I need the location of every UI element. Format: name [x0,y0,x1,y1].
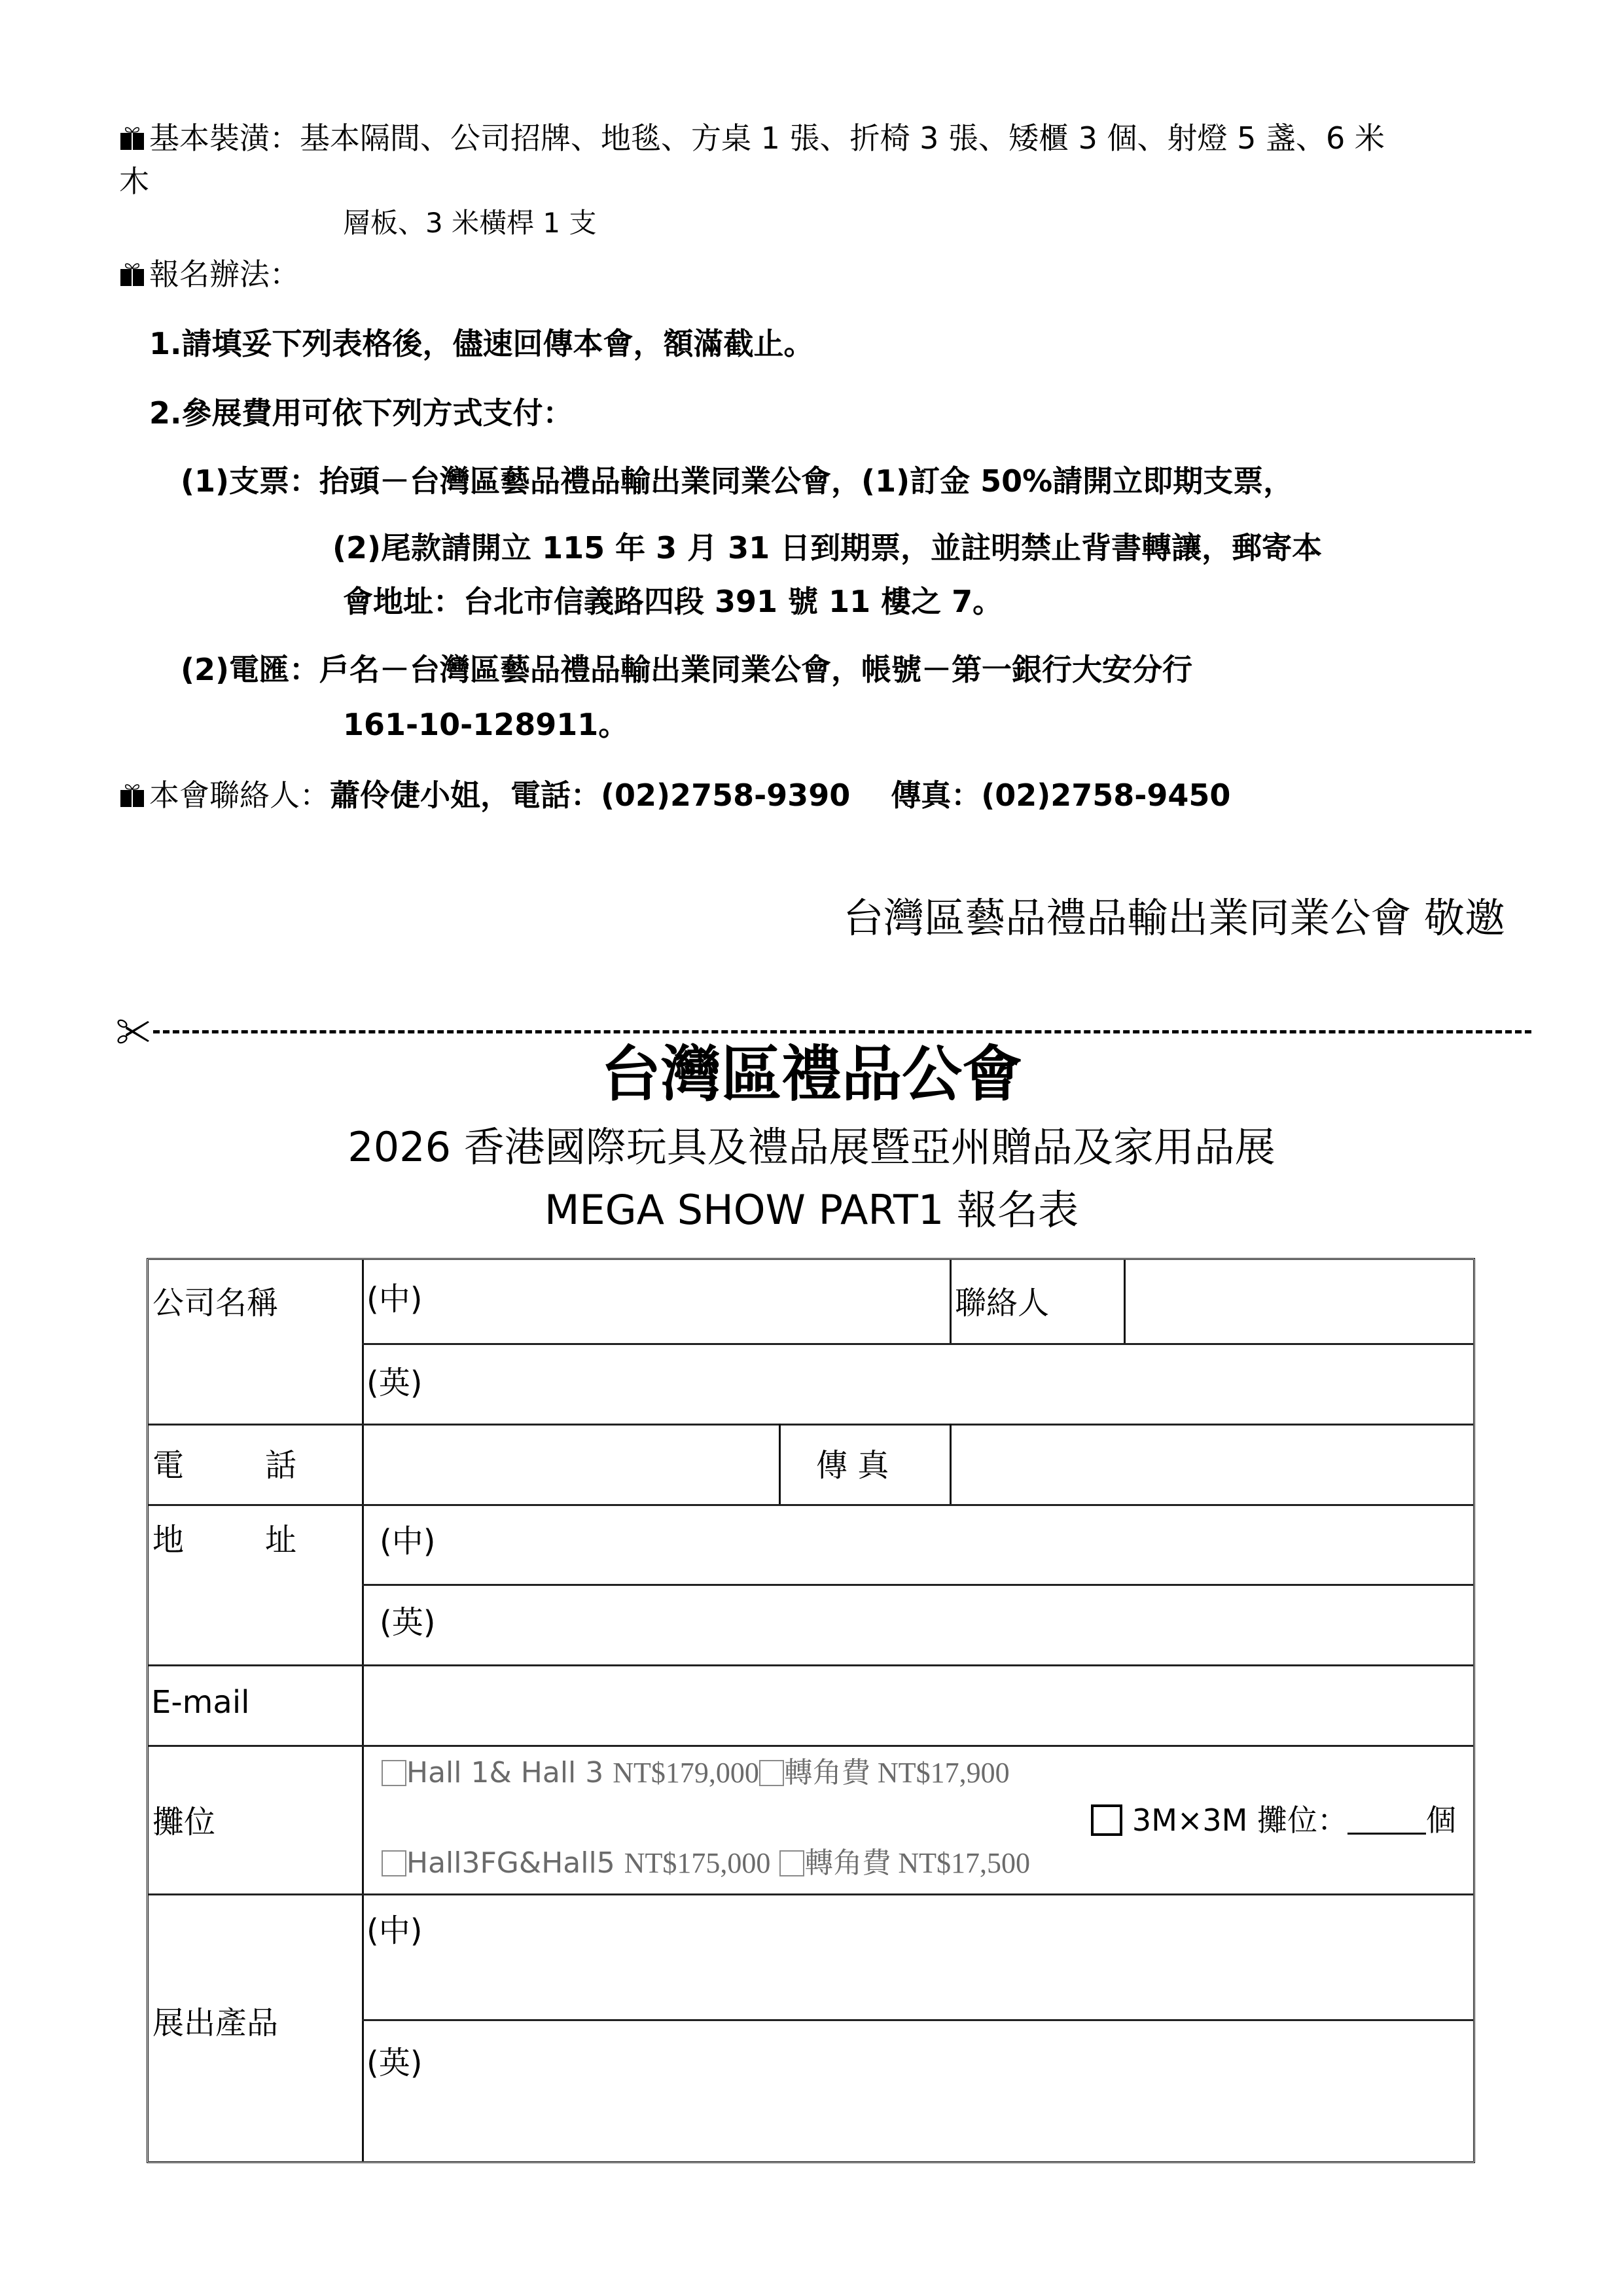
booth-count-field[interactable] [1347,1806,1426,1835]
booth-option-2-corner-checkbox[interactable] [779,1850,804,1876]
booth-option-2-price: NT$175,000 [624,1847,771,1879]
company-name-en-field[interactable]: (英) [364,1345,1473,1424]
signature: 台灣區藝品禮品輸出業同業公會 敬邀 [843,898,1505,939]
payment-wire-line1: (2)電匯：戶名－台灣區藝品禮品輸出業同業公會，帳號－第一銀行大安分行 [181,655,1192,685]
booth-label: 攤位 [152,1806,215,1838]
address-en-field[interactable]: (英) [364,1586,1473,1664]
fax-divider-left [779,1424,781,1504]
booth-option-2-checkbox[interactable] [382,1850,406,1876]
phone-label-char1: 電 [152,1450,184,1481]
contact-person-field[interactable] [1126,1260,1473,1343]
booth-option-1: Hall 1& Hall 3 NT$179,000轉角費 NT$17,900 [382,1759,1010,1787]
products-zh-field[interactable]: (中) [364,1895,1473,2019]
payment-check-line1: (1)支票：抬頭－台灣區藝品禮品輸出業同業公會，(1)訂金 50%請開立即期支票… [181,466,1293,496]
payment-check-line3: 會地址：台北市信義路四段 391 號 11 樓之 7。 [343,586,1003,617]
address-label-char2: 址 [265,1524,296,1556]
scissors-icon [116,1018,151,1045]
address-zh-field[interactable]: (中) [364,1506,1473,1584]
contact-person-label: 聯絡人 [955,1287,1049,1319]
company-name-en-prefix: (英) [366,1367,422,1399]
dashed-cut-line [153,1030,1531,1033]
payment-check-line2: (2)尾款請開立 115 年 3 月 31 日到期票，並註明禁止背書轉讓，郵寄本 [332,533,1322,563]
org-title: 台灣區禮品公會 [0,1045,1623,1105]
email-field[interactable] [364,1666,1473,1745]
booth-option-2: Hall3FG&Hall5 NT$175,000 轉角費 NT$17,500 [382,1849,1030,1878]
address-label-char1: 地 [152,1524,184,1556]
products-label: 展出產品 [152,2007,278,2039]
fax-label: 傳 真 [816,1450,889,1481]
phone-label-char2: 話 [265,1450,296,1481]
booth-option-1-hall: Hall 1& Hall 3 [406,1756,603,1789]
company-name-label: 公司名稱 [152,1287,278,1319]
address-en-prefix: (英) [380,1607,435,1638]
products-zh-prefix: (中) [366,1915,422,1946]
booth-option-2-hall: Hall3FG&Hall5 [406,1846,615,1880]
registration-heading: 報名辦法： [119,259,300,289]
booth-size: 3M×3M 攤位：個 [1091,1804,1456,1836]
gift-icon [119,261,145,287]
registration-label: 報名辦法： [149,257,300,292]
booth-size-label: 3M×3M 攤位： [1132,1803,1347,1838]
basic-setup-line2: 層板、3 米橫桿 1 支 [343,209,597,237]
contact-divider-left [950,1260,952,1343]
contact-details: 蕭伶倢小姐，電話：(02)2758-9390 傳真：(02)2758-9450 [330,778,1230,813]
products-en-field[interactable]: (英) [364,2021,1473,2161]
booth-option-2-corner: 轉角費 NT$17,500 [804,1847,1030,1879]
event-title: 2026 香港國際玩具及禮品展暨亞州贈品及家用品展 [0,1127,1623,1168]
company-name-zh-prefix: (中) [366,1283,422,1315]
phone-field[interactable] [364,1426,779,1504]
basic-setup-line: 基本裝潢：基本隔間、公司招牌、地毯、方桌 1 張、折椅 3 張、矮櫃 3 個、射… [119,123,1385,153]
booth-option-1-price: NT$179,000 [613,1757,759,1789]
gift-icon [119,782,145,808]
company-name-zh-field[interactable]: (中) [364,1260,950,1343]
row-divider [149,1745,1473,1747]
booth-option-1-checkbox[interactable] [382,1760,406,1786]
step-2: 2.參展費用可依下列方式支付： [149,398,573,428]
registration-form-table: 公司名稱 (中) 聯絡人 (英) 電 話 傳 真 地 址 (中) (英) E-m… [147,1258,1475,2163]
payment-wire-line2: 161-10-128911。 [343,709,628,740]
fax-field[interactable] [952,1426,1473,1504]
contact-line: 本會聯絡人：蕭伶倢小姐，電話：(02)2758-9390 傳真：(02)2758… [119,780,1230,810]
booth-option-1-corner: 轉角費 NT$17,900 [784,1757,1010,1789]
booth-size-checkbox[interactable] [1091,1804,1122,1836]
booth-unit: 個 [1426,1803,1456,1838]
gift-icon [119,125,145,151]
products-en-prefix: (英) [366,2047,422,2079]
form-title: MEGA SHOW PART1 報名表 [0,1190,1623,1230]
email-label: E-mail [151,1687,250,1718]
booth-option-1-corner-checkbox[interactable] [759,1760,784,1786]
basic-setup-text: 基本隔間、公司招牌、地毯、方桌 1 張、折椅 3 張、矮櫃 3 個、射燈 5 盞… [300,120,1385,156]
address-zh-prefix: (中) [380,1526,435,1557]
step-1: 1.請填妥下列表格後，儘速回傳本會，額滿截止。 [149,329,813,359]
contact-label: 本會聯絡人： [149,778,330,813]
basic-setup-label: 基本裝潢： [149,120,300,156]
basic-setup-wrap: 木 [119,166,149,196]
